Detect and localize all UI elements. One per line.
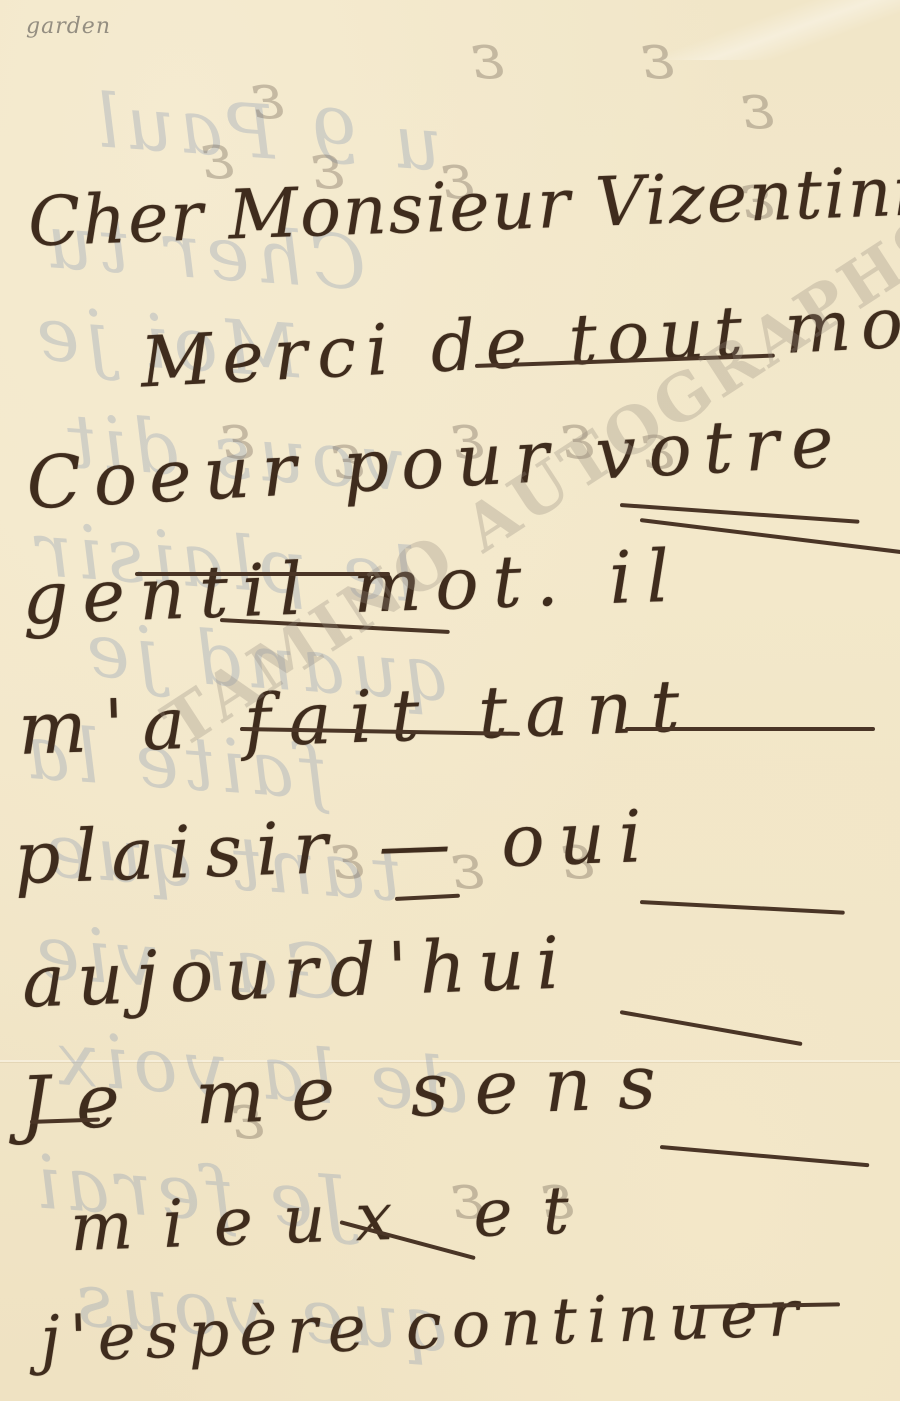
bleed-mark: ɛ [250, 60, 284, 134]
letter-salutation: Cher Monsieur Vizentini [27, 153, 900, 263]
pencil-annotation: garden [26, 14, 111, 39]
letter-page: u 9 Paul Cher tu Moi je vous dit le plai… [0, 0, 900, 1401]
bleed-mark: ɛ [470, 20, 504, 94]
letter-line: Je me sens [19, 1038, 683, 1147]
bleed-mark: ɛ [640, 20, 674, 94]
bleed-mark: ɛ [740, 70, 774, 144]
letter-line: Coeur pour votre [24, 399, 847, 526]
pen-stroke [640, 900, 845, 915]
letter-line: m'a fait tant [17, 663, 699, 771]
paper-crease [640, 0, 900, 60]
pen-stroke [660, 1145, 870, 1167]
letter-line: aujourd'hui [21, 920, 573, 1023]
pen-stroke [625, 727, 875, 731]
letter-line: mieux et [69, 1171, 600, 1266]
letter-line: j'espère continuer [39, 1277, 810, 1378]
